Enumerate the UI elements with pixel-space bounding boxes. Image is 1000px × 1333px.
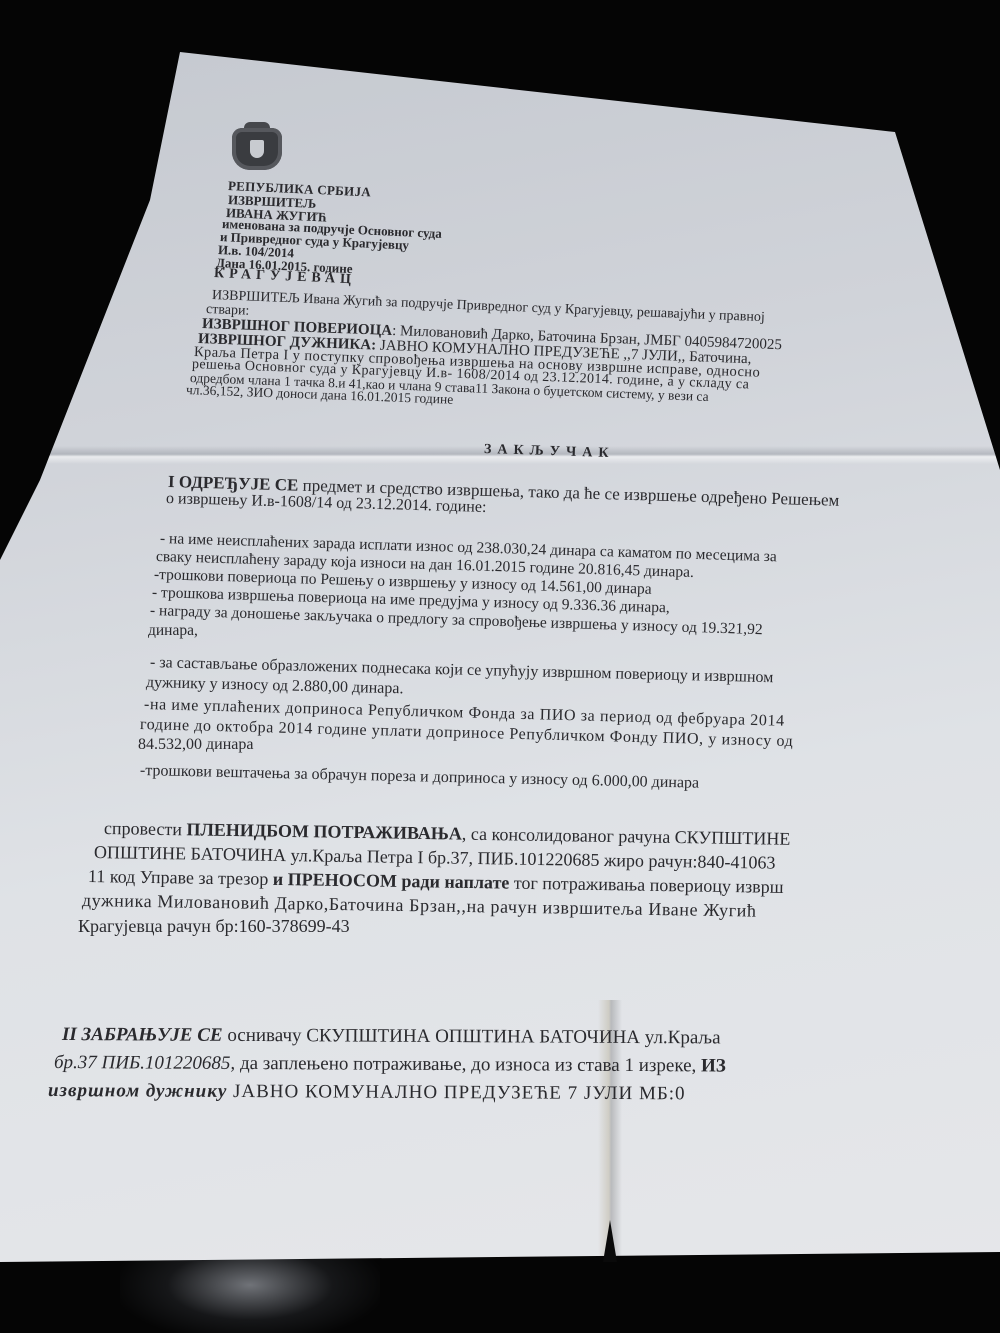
section2-heading-line: II ЗАБРАЊУЈЕ СЕ оснивачу СКУПШТИНА ОПШТИ…: [62, 1024, 721, 1049]
cost-item: 84.532,00 динара: [138, 736, 253, 754]
section2-text: оснивачу СКУПШТИНА ОПШТИНА БАТОЧИНА ул.К…: [223, 1025, 721, 1049]
cost-item: динара,: [148, 622, 198, 640]
cost-item: -трошкови вештачења за обрачун пореза и …: [140, 762, 700, 793]
section2-line: бр.37 ПИБ.101220685, да заплењено потраж…: [54, 1052, 726, 1078]
enforcement-text: спровести: [104, 818, 187, 839]
coat-of-arms-icon: [232, 128, 282, 170]
enforcement-line: Крагујевца рачун бр:160-378699-43: [78, 916, 350, 937]
enforcement-bold: ПЛЕНИДБОМ ПОТРАЖИВАЊА: [186, 819, 462, 843]
section2-bold: ИЗ: [701, 1055, 726, 1076]
section2-bold: извршном дужнику: [48, 1080, 227, 1102]
section2-line: извршном дужнику ЈАВНО КОМУНАЛНО ПРЕДУЗЕ…: [48, 1080, 686, 1105]
enforcement-bold: и ПРЕНОСОМ ради наплате: [273, 869, 510, 893]
section2-text: да заплењено потраживање, до износа из с…: [235, 1053, 701, 1076]
cost-item: дужнику у износу од 2.880,00 динара.: [146, 674, 404, 698]
enforcement-text: , са консолидованог рачуна СКУПШТИНЕ: [462, 824, 791, 849]
enforcement-text: 11 код Управе за трезор: [88, 866, 273, 889]
section2-text: ЈАВНО КОМУНАЛНО ПРЕДУЗЕЋЕ 7 ЈУЛИ МБ:0: [227, 1081, 685, 1104]
enforcement-text: тог потраживања повериоцу изврш: [509, 873, 783, 897]
document-title: ЗАКЉУЧАК: [484, 442, 615, 462]
section2-italic: бр.37 ПИБ.101220685,: [54, 1052, 235, 1074]
document-text: РЕПУБЛИКА СРБИЈА ИЗВРШИТЕЉ ИВАНА ЖУГИЋ и…: [0, 0, 1000, 1333]
section2-heading: II ЗАБРАЊУЈЕ СЕ: [62, 1024, 223, 1046]
